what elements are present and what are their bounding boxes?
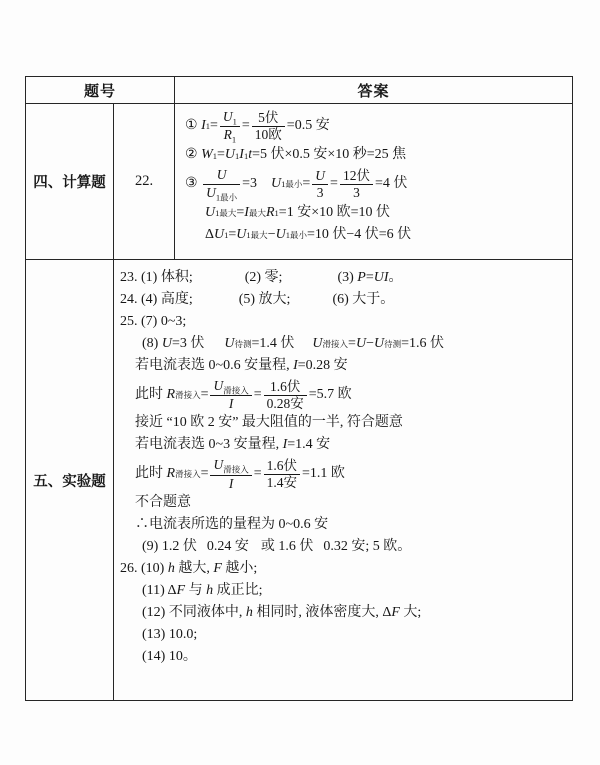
- answer-line: (12) 不同液体中, h 相同时, 液体密度大, ΔF 大;: [142, 603, 568, 624]
- question-number-22: 22.: [114, 104, 175, 259]
- fraction: 1.6伏1.4安: [264, 458, 300, 491]
- answer-line: 接近 “10 欧 2 安” 最大阻值的一半, 符合题意: [135, 413, 568, 434]
- answer-line: 此时 R滑接入=U滑接入I=1.6伏1.4安=1.1 欧: [135, 457, 568, 491]
- answer-line: 25. (7) 0~3;: [120, 312, 568, 333]
- fraction: UU1最小: [203, 167, 240, 201]
- answers-question-22: ① I1=U1R1=5伏10欧=0.5 安② W1=U1I1t=5 伏×0.5 …: [175, 104, 572, 259]
- answer-line: (13) 10.0;: [142, 625, 568, 646]
- answer-line: 若电流表选 0~0.6 安量程, I=0.28 安: [135, 356, 568, 377]
- answer-line: ∴电流表所选的量程为 0~0.6 安: [135, 515, 568, 536]
- fraction: 12伏3: [340, 168, 373, 201]
- fraction: U滑接入I: [210, 378, 251, 412]
- answer-key-table: 题号 答案 四、计算题 22. ① I1=U1R1=5伏10欧=0.5 安② W…: [25, 76, 573, 701]
- answer-line: 26. (10) h 越大, F 越小;: [120, 559, 568, 580]
- table-row-calculation: 四、计算题 22. ① I1=U1R1=5伏10欧=0.5 安② W1=U1I1…: [26, 104, 572, 260]
- answer-line: U1最大=I最大R1=1 安×10 欧=10 伏: [205, 203, 568, 224]
- scanned-answer-key-page: 题号 答案 四、计算题 22. ① I1=U1R1=5伏10欧=0.5 安② W…: [0, 0, 600, 765]
- fraction: 1.6伏0.28安: [264, 379, 307, 412]
- section-label-experiment: 五、实验题: [26, 260, 114, 700]
- answer-line: ② W1=U1I1t=5 伏×0.5 安×10 秒=25 焦: [185, 145, 568, 166]
- answer-line: 若电流表选 0~3 安量程, I=1.4 安: [135, 435, 568, 456]
- table-header-row: 题号 答案: [26, 77, 572, 104]
- answer-line: 24. (4) 高度;(5) 放大;(6) 大于。: [120, 290, 568, 311]
- fraction: U滑接入I: [210, 457, 251, 491]
- column-header-question-number: 题号: [26, 77, 175, 103]
- answer-line: 23. (1) 体积;(2) 零;(3) P=UI。: [120, 268, 568, 289]
- table-row-experiment: 五、实验题 23. (1) 体积;(2) 零;(3) P=UI。24. (4) …: [26, 260, 572, 700]
- answer-line: ① I1=U1R1=5伏10欧=0.5 安: [185, 109, 568, 144]
- fraction: U3: [312, 168, 328, 201]
- answer-line: ③ UU1最小=3U1最小=U3=12伏3=4 伏: [185, 167, 568, 201]
- fraction: 5伏10欧: [252, 110, 285, 143]
- answer-line: (9) 1.2 伏0.24 安或 1.6 伏0.32 安; 5 欧。: [142, 537, 568, 558]
- answer-line: (11) ΔF 与 h 成正比;: [142, 581, 568, 602]
- answer-line: ΔU1=U1最大−U1最小=10 伏−4 伏=6 伏: [205, 225, 568, 246]
- fraction: U1R1: [220, 109, 240, 144]
- answer-line: 此时 R滑接入=U滑接入I=1.6伏0.28安=5.7 欧: [135, 378, 568, 412]
- section-label-calculation: 四、计算题: [26, 104, 114, 259]
- answer-line: (14) 10。: [142, 647, 568, 668]
- answer-line: (8) U=3 伏U待测=1.4 伏U滑接入=U−U待测=1.6 伏: [142, 334, 568, 355]
- answers-experiment-section: 23. (1) 体积;(2) 零;(3) P=UI。24. (4) 高度;(5)…: [114, 260, 572, 700]
- column-header-answer: 答案: [175, 77, 572, 103]
- answer-line: 不合题意: [135, 493, 568, 514]
